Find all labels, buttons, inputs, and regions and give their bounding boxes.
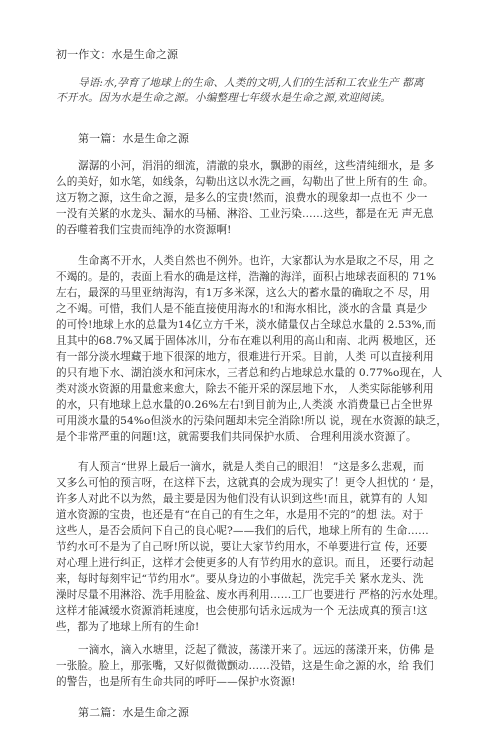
para3-line: 这些人，是否会质问下自己的良心呢?——我们的后代，地球上所有的 生命…… <box>56 524 446 539</box>
para3-line: 道水资源的宝贵，也还是有“在自己的有生之年，水是用不完的”的想 法。对于 <box>56 508 446 523</box>
para4-line-3: 的警告，也是所有生命共同的呼吁——保护水资源! <box>56 675 446 690</box>
para1-line: 么的美好，如水笔，如线条，勾勒出这以水洗之画，勾勒出了世上所有的生 命。 <box>56 175 446 190</box>
para3-line: 有人预言“世界上最后一滴水，就是人类自己的眼泪！ ”这是多么悲观，而 <box>78 460 446 475</box>
section2-heading: 第二篇：水是生命之源 <box>78 705 446 720</box>
document-title: 初一作文：水是生命之源 <box>56 47 446 62</box>
para4-line-2: 一张脸。脸上，那张嘴，又好似微微颤动……没错，这是生命之源的水，给 我们 <box>56 659 446 674</box>
para3-line: 澡时尽量不用淋浴、洗手用脸盆、废水再利用……工厂也要进行 严格的污水处理。 <box>56 588 446 603</box>
para2-line: 左右，最深的马里亚纳海沟，有1万多米深，这么大的蓄水量的确取之不 尽，用 <box>56 286 446 301</box>
para1-line: 潺潺的小河，涓涓的细流，清澈的泉水，飘渺的雨丝，这些清纯细水，是 多 <box>78 159 446 174</box>
para2-line: 的水，只有地球上总水量的0.26%左右!到目前为止,人类淡 水消费量已占全世界 <box>56 398 446 413</box>
document-page: 初一作文：水是生命之源 导语:水,孕育了地球上的生命、人类的文明,人们的生活和工… <box>0 0 500 742</box>
para1-line: 这万物之源，这生命之源，是多么的宝贵!然而，浪费水的现象却一点也不 少一 <box>56 191 446 206</box>
intro-line: 不开水。因为水是生命之源。小编整理七年级水是生命之源,欢迎阅读。 <box>56 91 446 106</box>
intro-line: 导语:水,孕育了地球上的生命、人类的文明,人们的生活和工农业生产 都离 <box>78 76 446 91</box>
para2-line: 之不竭。可惜，我们人是不能直接使用海水的!和海水相比，淡水的含量 真是少 <box>56 302 446 317</box>
para3-line: 来，每时每刻牢记“节约用水”。要从身边的小事做起，洗完手关 紧水龙头、洗 <box>56 572 446 587</box>
para2-line: 生命离不开水，人类自然也不例外。也许，大家都认为水是取之不尽，用 之 <box>78 254 446 269</box>
para3-line: 又多么可怕的预言呀，在这样下去，这就真的会成为现实了！更令人担忧的 ‘ 是， <box>56 476 446 491</box>
para1-line: 一没有关紧的水龙头、漏水的马桶、淋浴、工业污染……这些，都是在无 声无息 <box>56 207 446 222</box>
para4-line-1: 一滴水，滴入水塘里，泛起了微波，荡漾开来了。远远的荡漾开来，仿佛 是 <box>78 643 446 658</box>
para2-line: 的只有地下水、湖泊淡水和河床水，三者总和约占地球总水量的 0.77%o现在，人 <box>56 366 446 381</box>
para3-line: 些，都为了地球上所有的生命! <box>56 620 446 635</box>
para2-line: 有一部分淡水埋藏于地下很深的地方，很难进行开采。目前，人类 可以直接利用 <box>56 350 446 365</box>
para2-line: 且其中的68.7%又属于固体冰川，分布在难以利用的高山和南、北两 极地区，还 <box>56 334 446 349</box>
para2-line: 的可怜!地球上水的总量为14亿立方千米，淡水储量仅占全球总水量的 2.53%,而 <box>56 318 446 333</box>
para3-line: 节约水可不是为了自己呀!所以说，要让大家节约用水，不单要进行宣 传，还要 <box>56 540 446 555</box>
para3-line: 对心理上进行纠正，这样才会使更多的人有节约用水的意识。而且， 还要行动起 <box>56 556 446 571</box>
section1-heading: 第一篇：水是生命之源 <box>78 131 446 146</box>
para2-line: 可用淡水量的54%o但淡水的污染问题却未完全消除!所以 说，现在水资源的缺乏， <box>56 414 446 429</box>
para3-line: 许多人对此不以为然，最主要是因为他们没有认识到这些!而且，就算有的 人知 <box>56 492 446 507</box>
para3-line: 这样才能减缓水资源消耗速度，也会使那句话永远成为一个 无法成真的预言!这 <box>56 604 446 619</box>
para2-line: 类对淡水资源的用量愈来愈大，除去不能开采的深层地下水， 人类实际能够利用 <box>56 382 446 397</box>
para1-line: 的吞噬着我们宝贵而纯净的水资源啊! <box>56 223 446 238</box>
para2-line: 是个非常严重的问题!这，就需要我们共同保护水质、 合理利用淡水资源了。 <box>56 430 446 445</box>
para2-line: 不竭的。是的，表面上看水的确是这样，浩瀚的海洋，面积占地球表面积的 71% <box>56 270 446 285</box>
